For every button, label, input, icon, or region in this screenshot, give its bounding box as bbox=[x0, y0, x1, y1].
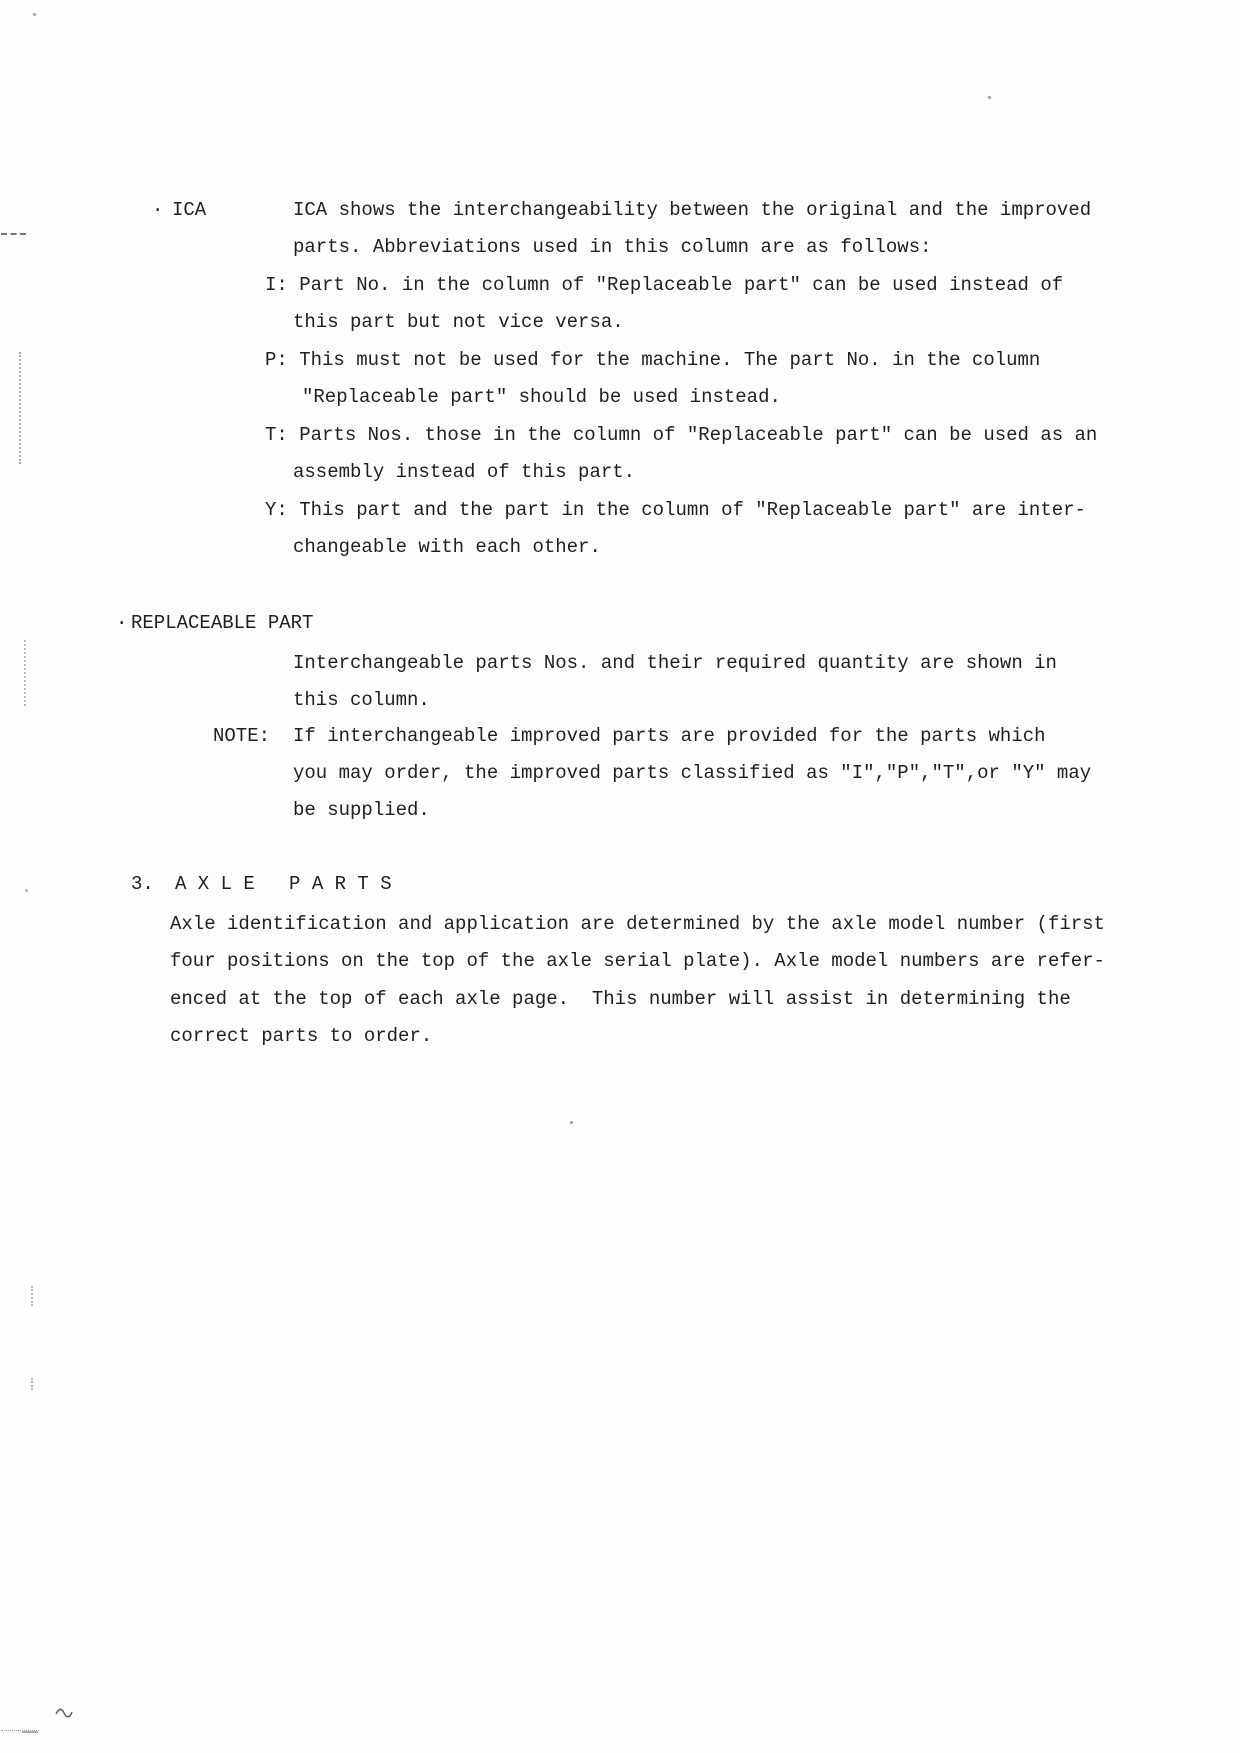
axle-parts-heading: A X L E P A R T S bbox=[175, 873, 392, 895]
ica-intro-line2: parts. Abbreviations used in this column… bbox=[293, 236, 932, 258]
replaceable-part-body-line2: this column. bbox=[293, 689, 430, 711]
ica-item-t-line1: T: Parts Nos. those in the column of "Re… bbox=[265, 424, 1097, 446]
ica-item-y-line2: changeable with each other. bbox=[293, 536, 601, 558]
note-label: NOTE: bbox=[213, 725, 270, 747]
scan-speck-left-axle bbox=[25, 889, 28, 892]
replaceable-part-heading: REPLACEABLE PART bbox=[131, 612, 313, 634]
axle-parts-number: 3. bbox=[131, 873, 154, 895]
axle-parts-body-line1: Axle identification and application are … bbox=[170, 913, 1105, 935]
ica-term: ICA bbox=[172, 199, 206, 221]
scan-solid-baseline bbox=[22, 1731, 38, 1733]
replaceable-part-body-line1: Interchangeable parts Nos. and their req… bbox=[293, 652, 1057, 674]
scan-speck-top-right bbox=[988, 96, 991, 99]
replaceable-part-bullet: · bbox=[116, 612, 127, 634]
scan-speck-top-left bbox=[33, 13, 36, 16]
ica-item-t-line2: assembly instead of this part. bbox=[293, 461, 635, 483]
scan-squiggle-mark bbox=[55, 1705, 73, 1719]
axle-parts-body-line2: four positions on the top of the axle se… bbox=[170, 950, 1105, 972]
scan-dotted-margin-line-lower1 bbox=[31, 1286, 33, 1306]
scan-dotted-margin-line-upper bbox=[19, 352, 21, 464]
ica-bullet: · bbox=[152, 199, 163, 221]
ica-item-i-line2: this part but not vice versa. bbox=[293, 311, 624, 333]
axle-parts-body-line3: enced at the top of each axle page. This… bbox=[170, 988, 1071, 1010]
ica-intro-line1: ICA shows the interchangeability between… bbox=[293, 199, 1091, 221]
ica-item-y-line1: Y: This part and the part in the column … bbox=[265, 499, 1086, 521]
ica-item-i-line1: I: Part No. in the column of "Replaceabl… bbox=[265, 274, 1063, 296]
scan-dotted-margin-line-mid bbox=[24, 640, 26, 706]
note-line1: If interchangeable improved parts are pr… bbox=[293, 725, 1046, 747]
scan-dotted-margin-line-lower2 bbox=[31, 1378, 33, 1390]
ica-item-p-line1: P: This must not be used for the machine… bbox=[265, 349, 1040, 371]
axle-parts-body-line4: correct parts to order. bbox=[170, 1025, 432, 1047]
ica-item-p-line2: "Replaceable part" should be used instea… bbox=[302, 386, 781, 408]
document-page: · ICA ICA shows the interchangeability b… bbox=[0, 0, 1240, 1753]
scan-dashed-mark bbox=[1, 233, 26, 235]
note-line3: be supplied. bbox=[293, 799, 430, 821]
note-line2: you may order, the improved parts classi… bbox=[293, 762, 1091, 784]
scan-speck-center bbox=[570, 1121, 573, 1124]
